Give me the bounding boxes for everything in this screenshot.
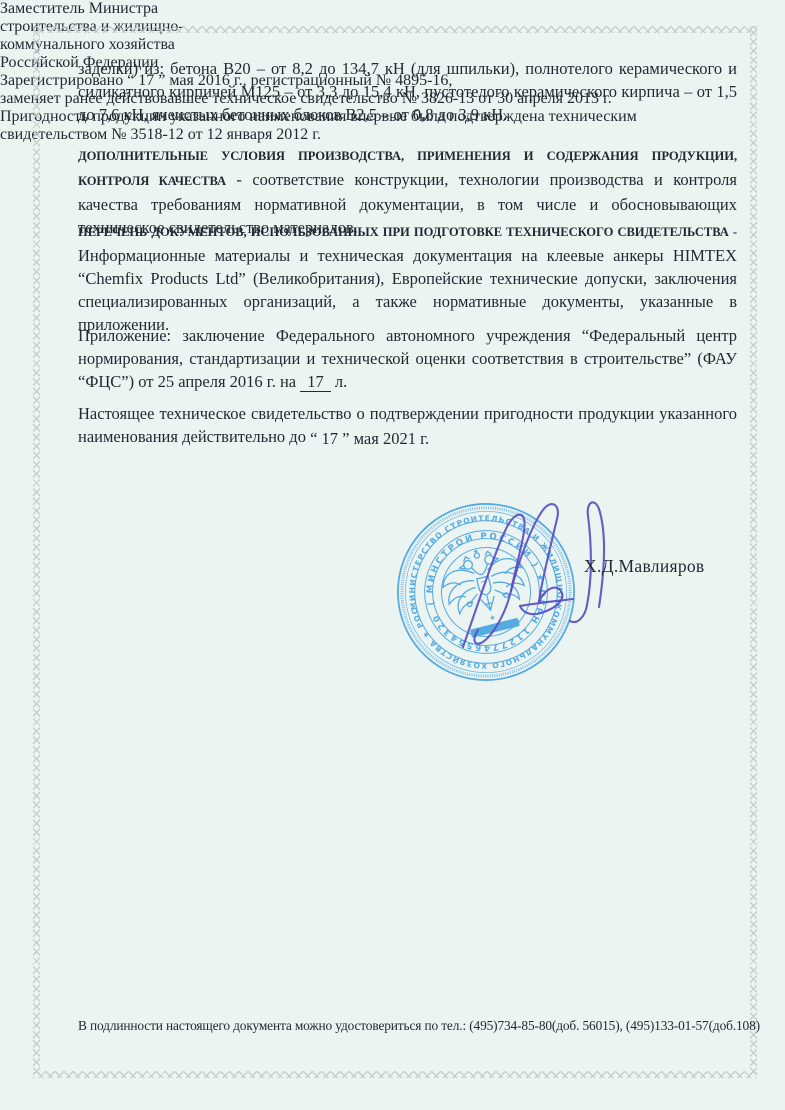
anchor-loads-text: заделки) из: бетона В20 – от 8,2 до 134,… [78, 59, 737, 124]
signatory-name: Х.Д.Мавлияров [584, 556, 705, 577]
signature-ink [427, 489, 627, 667]
signatory-title-line: коммунального хозяйства [0, 36, 785, 54]
attachment-text: Приложение: заключение Федерального авто… [78, 326, 737, 391]
paragraph-attachment: Приложение: заключение Федерального авто… [78, 324, 737, 393]
decorative-border-bottom [33, 1071, 757, 1078]
decorative-border-top [33, 26, 757, 33]
decorative-border-left [33, 26, 40, 1078]
footer-verification-note: В подлинности настоящего документа можно… [78, 1018, 737, 1034]
decorative-border-right [750, 26, 757, 1078]
paragraph-validity: Настоящее техническое свидетельство о по… [78, 402, 737, 448]
validity-date: “ 17 ” мая 2021 г. [310, 429, 429, 448]
documents-list-heading: ПЕРЕЧЕНЬ ДОКУМЕНТОВ, ИСПОЛЬЗОВАННЫХ ПРИ … [78, 225, 737, 239]
certificate-page: заделки) из: бетона В20 – от 8,2 до 134,… [0, 0, 785, 1110]
attachment-text-end: л. [335, 372, 347, 391]
documents-list-body: Информационные материалы и техническая д… [78, 246, 737, 334]
signatory-title-line: Заместитель Министра [0, 0, 785, 18]
registration-line: свидетельством № 3518-12 от 12 января 20… [0, 126, 785, 144]
attachment-sheet-count: 17 [300, 372, 331, 392]
paragraph-anchor-loads: заделки) из: бетона В20 – от 8,2 до 134,… [78, 57, 737, 126]
paragraph-documents-list: ПЕРЕЧЕНЬ ДОКУМЕНТОВ, ИСПОЛЬЗОВАННЫХ ПРИ … [78, 219, 737, 336]
